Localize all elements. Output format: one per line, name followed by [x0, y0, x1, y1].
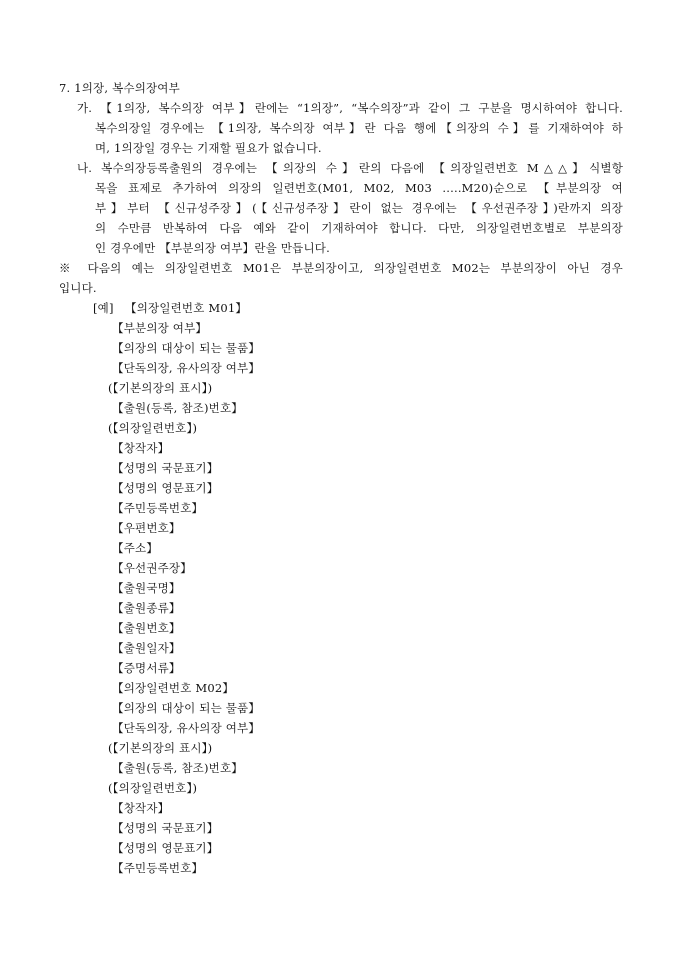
example-field-item: 【우편번호】	[112, 518, 181, 538]
item-na-line-2: 목을 표제로 추가하여 의장의 일련번호(M01, M02, M03 .....…	[95, 178, 623, 198]
item-ga-line-3: 며, 1의장일 경우는 기재할 필요가 없습니다.	[95, 138, 322, 158]
example-field-item: 【출원일자】	[112, 638, 181, 658]
example-field-item: 【증명서류】	[112, 658, 181, 678]
example-field-item: 【성명의 국문표기】	[112, 818, 218, 838]
item-na-line-1: 나. 복수의장등록출원의 경우에는 【의장의 수】란의 다음에 【의장일련번호 …	[77, 158, 623, 178]
document-page: 7. 1의장, 복수의장여부 가. 【1의장, 복수의장 여부】란에는 “1의장…	[0, 0, 680, 962]
example-field-item: 【부분의장 여부】	[112, 318, 207, 338]
item-na-line-3: 부】부터 【신규성주장】(【신규성주장】란이 없는 경우에는 【우선권주장】)란…	[95, 198, 623, 218]
example-field-item: 【단독의장, 유사의장 여부】	[112, 718, 260, 738]
example-field-item: (【의장일련번호】)	[108, 418, 197, 438]
example-field-item: 【우선권주장】	[112, 558, 192, 578]
item-ga-line-2: 복수의장일 경우에는 【1의장, 복수의장 여부】란 다음 행에【의장의 수】를…	[95, 118, 623, 138]
example-field-item: 【출원번호】	[112, 618, 181, 638]
example-first-item: 【의장일련번호 M01】	[125, 298, 247, 318]
example-field-item: 【단독의장, 유사의장 여부】	[112, 358, 260, 378]
example-field-item: 【주소】	[112, 538, 158, 558]
item-ga-line-1: 가. 【1의장, 복수의장 여부】란에는 “1의장”, “복수의장”과 같이 그…	[77, 98, 623, 118]
example-field-item: (【기본의장의 표시】)	[108, 738, 212, 758]
example-field-item: 【출원종류】	[112, 598, 181, 618]
section-heading: 7. 1의장, 복수의장여부	[59, 78, 180, 98]
example-field-item: 【출원(등록, 참조)번호】	[112, 758, 243, 778]
example-field-item: 【창작자】	[112, 798, 169, 818]
example-field-item: 【성명의 영문표기】	[112, 838, 218, 858]
item-na-line-4: 의 수만큼 반복하여 다음 예와 같이 기재하여야 합니다. 다만, 의장일련번…	[95, 218, 623, 238]
example-field-item: 【의장의 대상이 되는 물품】	[112, 338, 260, 358]
example-field-item: 【성명의 영문표기】	[112, 478, 218, 498]
example-field-item: 【주민등록번호】	[112, 858, 203, 878]
note-line-2: 입니다.	[59, 278, 97, 298]
example-field-item: 【주민등록번호】	[112, 498, 203, 518]
example-field-item: (【의장일련번호】)	[108, 778, 197, 798]
example-field-item: 【창작자】	[112, 438, 169, 458]
example-label: [예]	[93, 298, 114, 318]
example-field-item: (【기본의장의 표시】)	[108, 378, 212, 398]
example-field-item: 【출원국명】	[112, 578, 181, 598]
example-field-item: 【출원(등록, 참조)번호】	[112, 398, 243, 418]
example-field-item: 【의장일련번호 M02】	[112, 678, 234, 698]
example-field-item: 【성명의 국문표기】	[112, 458, 218, 478]
example-field-item: 【의장의 대상이 되는 물품】	[112, 698, 260, 718]
item-na-line-5: 인 경우에만 【부분의장 여부】란을 만듭니다.	[95, 238, 330, 258]
note-line-1: ※ 다음의 예는 의장일련번호 M01은 부분의장이고, 의장일련번호 M02는…	[59, 258, 623, 278]
